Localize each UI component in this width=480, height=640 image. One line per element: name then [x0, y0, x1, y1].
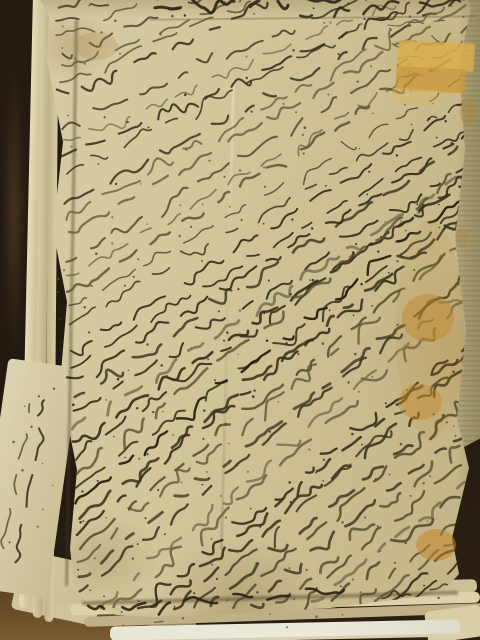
edge-text-ink — [0, 0, 460, 629]
photo-scene — [0, 0, 480, 640]
handwriting-ink-layer — [0, 0, 480, 640]
